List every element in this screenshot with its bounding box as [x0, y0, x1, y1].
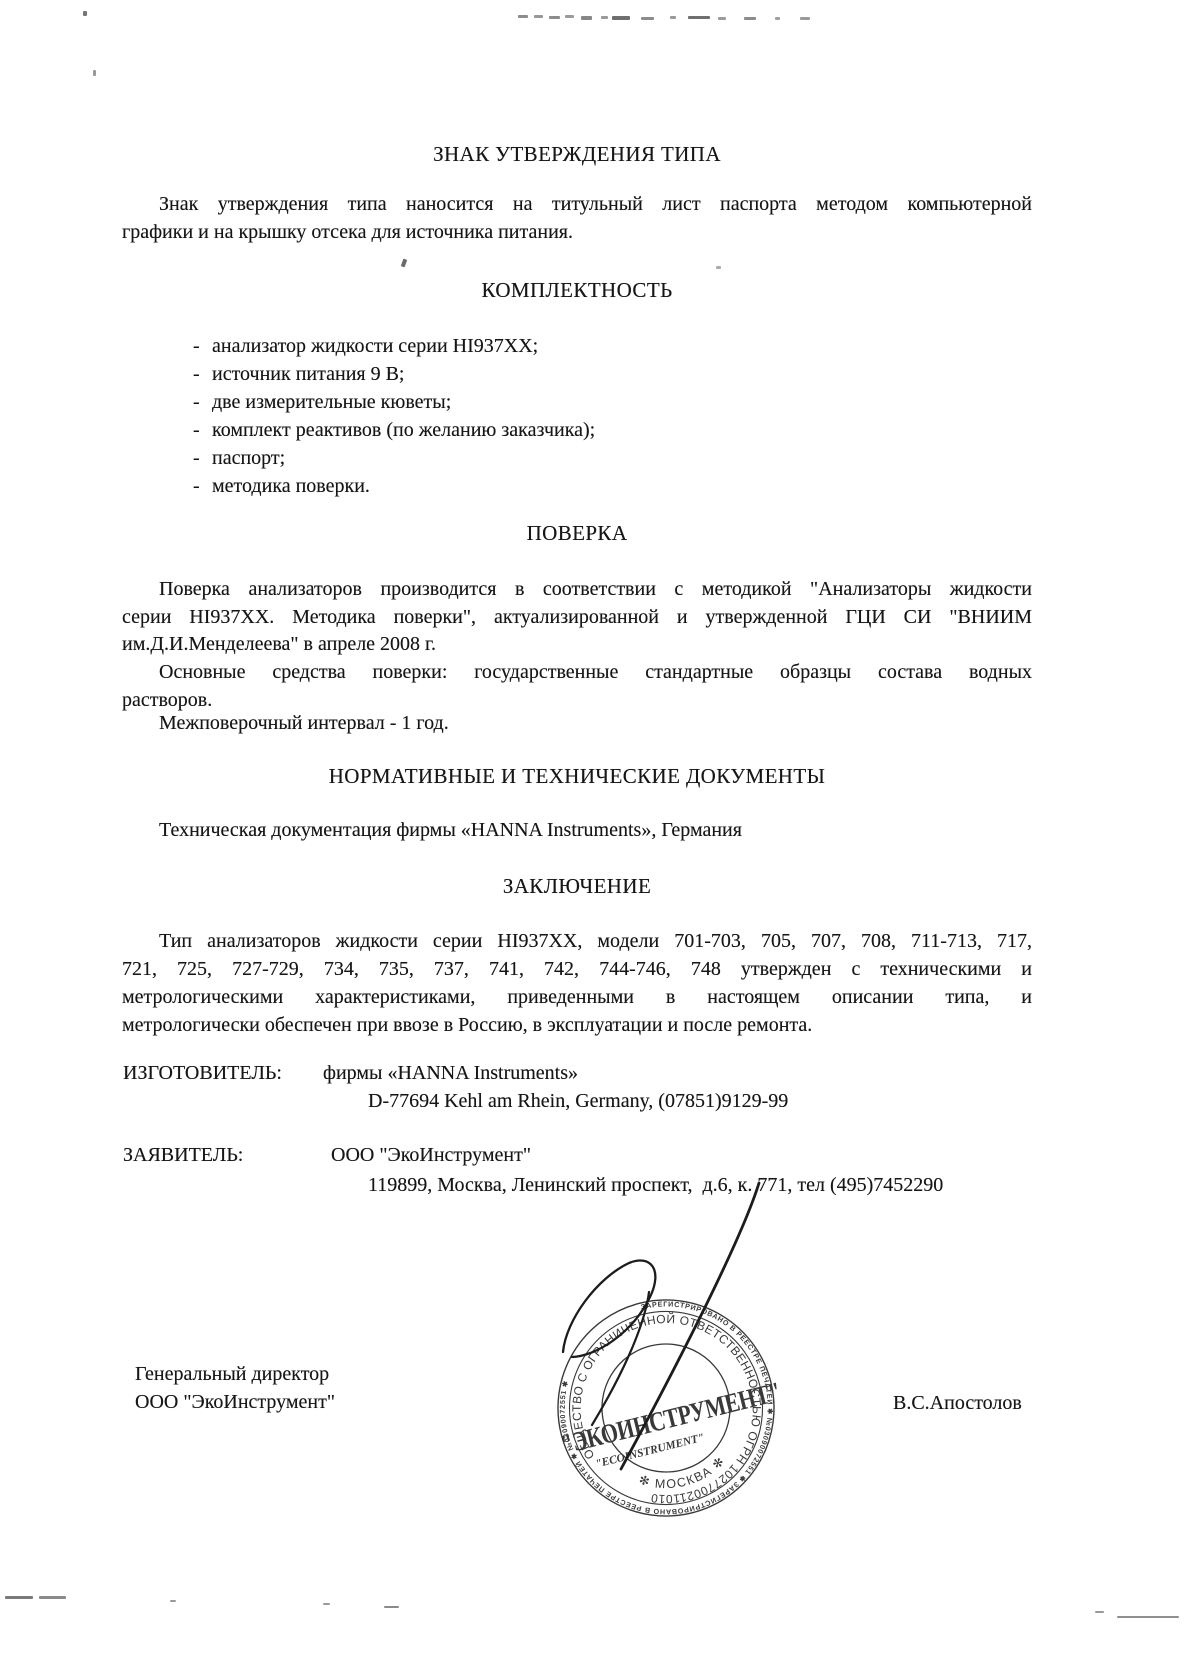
list-item: -методика поверки.	[122, 472, 1032, 500]
section-title-conclusion: ЗАКЛЮЧЕНИЕ	[122, 874, 1032, 899]
verification-paragraph-2: Основные средства поверки: государственн…	[122, 659, 1032, 714]
list-dash: -	[193, 360, 212, 388]
signer-role-line: Генеральный директор	[135, 1360, 335, 1388]
list-dash: -	[193, 444, 212, 472]
scan-artifact	[323, 1603, 330, 1605]
section-title-completeness: КОМПЛЕКТНОСТЬ	[122, 278, 1032, 303]
list-item-text: анализатор жидкости серии HI937XX;	[212, 332, 538, 360]
list-item-text: источник питания 9 В;	[212, 360, 405, 388]
list-item-text: методика поверки.	[212, 472, 370, 500]
paragraph-line: Знак утверждения типа наносится на титул…	[122, 190, 1032, 218]
section-title-normative-documents: НОРМАТИВНЫЕ И ТЕХНИЧЕСКИЕ ДОКУМЕНТЫ	[122, 764, 1032, 789]
applicant-name: ООО "ЭкоИнструмент"	[331, 1144, 531, 1167]
list-item-text: комплект реактивов (по желанию заказчика…	[212, 416, 595, 444]
manufacturer-row: ИЗГОТОВИТЕЛЬ: фирмы «HANNA Instruments»	[123, 1062, 282, 1085]
scan-artifact	[581, 16, 592, 20]
scan-artifact	[565, 15, 574, 18]
list-dash: -	[193, 332, 212, 360]
section-title-verification: ПОВЕРКА	[122, 521, 1032, 546]
scan-artifact	[1095, 1611, 1104, 1613]
scan-artifact	[384, 1606, 399, 1608]
scan-artifact	[688, 16, 710, 19]
paragraph-line: метрологически обеспечен при ввозе в Рос…	[122, 1011, 1032, 1039]
paragraph-line: растворов.	[122, 687, 1032, 715]
scan-artifact	[39, 1596, 66, 1599]
list-dash: -	[193, 472, 212, 500]
scan-artifact	[534, 15, 543, 18]
stamp-graphic: ЗАРЕГИСТРИРОВАНО В РЕЕСТРЕ ПЕЧАТЕЙ ✱ №03…	[546, 1288, 786, 1528]
section-title-type-approval-mark: ЗНАК УТВЕРЖДЕНИЯ ТИПА	[122, 142, 1032, 167]
scan-artifact	[5, 1596, 33, 1599]
list-item: -две измерительные кюветы;	[122, 388, 1032, 416]
scan-artifact	[549, 16, 560, 19]
paragraph-line: серии HI937XX. Методика поверки", актуал…	[122, 604, 1032, 632]
scan-artifact	[718, 17, 726, 20]
scan-artifact	[716, 266, 721, 269]
completeness-list: -анализатор жидкости серии HI937XX; -ист…	[122, 332, 1032, 500]
paragraph-line: графики и на крышку отсека для источника…	[122, 218, 1032, 246]
manufacturer-label: ИЗГОТОВИТЕЛЬ:	[123, 1062, 282, 1084]
scan-artifact	[83, 11, 87, 16]
paragraph-line: Тип анализаторов жидкости серии HI937XX,…	[122, 927, 1032, 955]
list-item: -анализатор жидкости серии HI937XX;	[122, 332, 1032, 360]
list-dash: -	[193, 388, 212, 416]
scan-artifact	[518, 15, 528, 18]
verification-interval-line: Межповерочный интервал - 1 год.	[122, 712, 1032, 735]
paragraph-line: Основные средства поверки: государственн…	[122, 659, 1032, 687]
paragraph-line: Поверка анализаторов производится в соот…	[122, 576, 1032, 604]
paragraph-line: метрологическими характеристиками, приве…	[122, 983, 1032, 1011]
scan-artifact	[612, 16, 630, 20]
signer-name: В.С.Апостолов	[893, 1392, 1022, 1415]
conclusion-paragraph: Тип анализаторов жидкости серии HI937XX,…	[122, 927, 1032, 1039]
scan-artifact	[800, 17, 810, 20]
list-item-text: две измерительные кюветы;	[212, 388, 451, 416]
normative-documents-line: Техническая документация фирмы «HANNA In…	[122, 819, 1032, 842]
scan-artifact	[1117, 1616, 1179, 1618]
applicant-row: ЗАЯВИТЕЛЬ: ООО "ЭкоИнструмент"	[123, 1144, 243, 1167]
manufacturer-address: D-77694 Kehl am Rhein, Germany, (07851)9…	[368, 1090, 788, 1113]
paragraph-type-approval-mark: Знак утверждения типа наносится на титул…	[122, 190, 1032, 246]
verification-paragraph-1: Поверка анализаторов производится в соот…	[122, 576, 1032, 659]
scan-artifact	[744, 17, 756, 20]
scan-artifact	[670, 16, 676, 19]
scan-artifact	[775, 17, 780, 20]
document-page: ЗНАК УТВЕРЖДЕНИЯ ТИПА Знак утверждения т…	[0, 0, 1191, 1664]
signer-role: Генеральный директор ООО "ЭкоИнструмент"	[135, 1360, 335, 1416]
list-item: -источник питания 9 В;	[122, 360, 1032, 388]
scan-artifact	[93, 70, 96, 76]
scan-artifact	[641, 17, 654, 20]
applicant-label: ЗАЯВИТЕЛЬ:	[123, 1144, 243, 1166]
company-stamp: ЗАРЕГИСТРИРОВАНО В РЕЕСТРЕ ПЕЧАТЕЙ ✱ №03…	[546, 1288, 786, 1528]
list-item: -паспорт;	[122, 444, 1032, 472]
list-item-text: паспорт;	[212, 444, 285, 472]
scan-artifact	[170, 1600, 176, 1602]
signer-role-line: ООО "ЭкоИнструмент"	[135, 1388, 335, 1416]
list-dash: -	[193, 416, 212, 444]
scan-artifact	[401, 259, 407, 268]
scan-artifact	[601, 16, 608, 19]
applicant-address: 119899, Москва, Ленинский проспект, д.6,…	[368, 1174, 943, 1197]
list-item: -комплект реактивов (по желанию заказчик…	[122, 416, 1032, 444]
paragraph-line: им.Д.И.Менделеева" в апреле 2008 г.	[122, 631, 1032, 659]
manufacturer-name: фирмы «HANNA Instruments»	[323, 1062, 578, 1085]
paragraph-line: 721, 725, 727-729, 734, 735, 737, 741, 7…	[122, 955, 1032, 983]
